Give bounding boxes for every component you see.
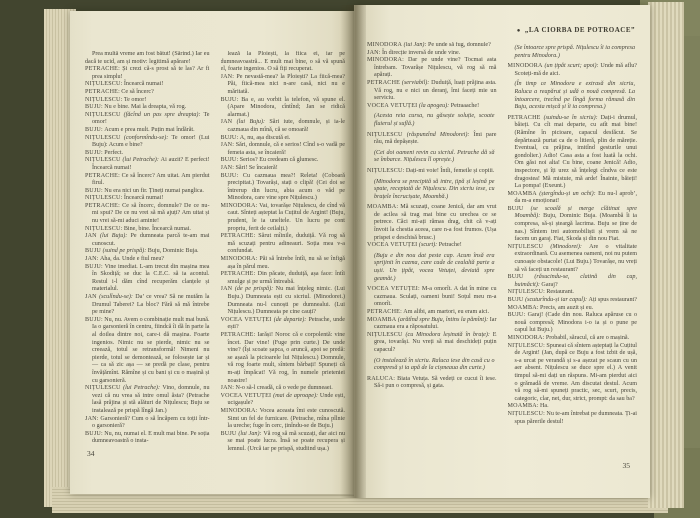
dialogue-line: NIȚULESCU (lui Petrache): Vino, domnule,… [85,385,210,415]
speaker-name: PETRACHE [367,80,400,86]
speaker-name: MOAMBA [367,204,396,210]
book-page-left: Prea multă vreme am fost bătut! (Sărind.… [70,11,354,494]
speaker-name: PETRACHE [508,115,541,121]
dialogue-line: NIȚULESCU: Te omor! [85,97,210,105]
dialogue-line: VOCEA VETUȚEI (de departe): Petrache, un… [221,317,346,332]
dialogue-line: BUJU (suind pe prispă): Buju, Dominic Bu… [85,248,210,256]
dialogue-line: JAN: Garsonieră? Cum o să încăpem cu toț… [85,416,210,431]
dialogue-line: JAN: Sări, domnule, că e serios! Cînd s-… [221,142,346,157]
dialogue-line: MINODORA: Probabil, săracul, că are o ma… [508,335,638,343]
dialogue-line: BUJU: Nu, nu, numai el. E mult mai bine.… [85,431,210,446]
speaker-name: MOAMBA [508,305,537,311]
dialogue-line: BUJU: Nu, nu. Avem o combinație mult mai… [85,317,210,385]
speaker-name: MOAMBA [367,317,396,323]
dialogue-line: JAN (sculîndu-se): Da’ ce vrea? Să ne mu… [85,294,210,317]
stage-direction: (Cei doi oameni revin cu sicriul. Petrac… [374,150,495,165]
inline-stage-direction: (răspunzînd Minodorei): [403,132,470,138]
stage-direction: (Acesta reia cursa, nu găsește soluție, … [374,113,495,128]
dialogue-line: BUJU: Cu cazmaua mea?! Releta! (Coboară … [221,173,346,203]
inline-stage-direction: (se scoală și merge clătinat spre Moambă… [515,206,638,220]
inline-stage-direction: (de departe): [272,317,307,323]
dialogue-line: NIȚULESCU: Nu te-am întrebat pe dumneata… [508,411,638,426]
dialogue-line: BUJU: Serios? Eu credeam că glumesc. [221,157,346,165]
dialogue-line: VOCEA VETUȚEI (la apogeu): Petraaache! [367,103,497,111]
inline-stage-direction: (Minodorei): [543,244,582,250]
inline-stage-direction: (scuturîndu-și iar capul): [524,297,587,303]
inline-stage-direction: (arătînd spre Buju, întins la pămînt): [396,317,488,323]
dialogue-line: BUJU (răsucindu-se, clatină din cap, bui… [508,274,638,289]
speaker-name: JAN [85,233,97,239]
speaker-name: NIȚULESCU [85,195,121,201]
speaker-name: NIȚULESCU [85,81,121,87]
dialogue-line: JAN (lui Buju): Sări iute, domnule, și i… [221,119,346,134]
speaker-name: PETRACHE [85,66,118,72]
page-stack-edge-right [648,2,684,508]
speaker-name: PETRACHE [367,309,400,315]
dialogue-line: RALUCA: Biata Vetuța. Să vedeți ce cucui… [367,376,497,391]
dialogue-line: MOAMBA (ștergîndu-și un ochi): Eu nu-l a… [508,191,638,206]
speaker-name: JAN [221,286,233,292]
dialogue-line: MINODORA: Vocea aceasta îmi este cunoscu… [221,408,346,431]
speaker-name: JAN [367,50,379,56]
inline-stage-direction: (făcînd un pas spre dreapta): [121,112,201,118]
speaker-name: PETRACHE [221,332,254,338]
left-page-text-block: Prea multă vreme am fost bătut! (Sărind.… [85,51,345,486]
header-bullet-icon: ● [517,28,521,34]
dialogue-line: NIȚULESCU: Restaurant. [508,289,638,297]
speaker-name: BUJU [221,173,237,179]
dialogue-line: PETRACHE: Ce să încerc? [85,89,210,97]
speaker-name: JAN [221,142,233,148]
dialogue-line: PETRACHE: Am alibi, am martori, eu eram … [367,309,497,317]
speaker-name: NIȚULESCU [367,168,403,174]
dialogue-line: NIȚULESCU (răspunzînd Minodorei): Îmi pa… [367,132,497,147]
dialogue-line: PETRACHE (serviabil): Duduiță, luați pră… [367,80,497,103]
dialogue-line: JAN: În direcție inversă de unde vine. [367,50,497,58]
dialogue-line: JAN (lui Buju): Pe dumneata parcă te-am … [85,233,210,248]
dialogue-line: VOCEA VETUȚEI (mai de aproape): Unde eșt… [221,393,346,408]
speaker-name: BUJU [85,431,101,437]
dialogue-line: JAN (de pe prispă): Nu mai înțeleg nimic… [221,286,346,316]
speaker-name: NIȚULESCU [85,135,121,141]
dialogue-line: BUJU: Nu e bine. Mai la dreapta, vă rog. [85,104,210,112]
book-page-right: ●„LA CIORBA DE POTROACE” MINODORA (lui J… [354,5,650,498]
dialogue-line: BUJU: Acum e prea mult. Puțin mai îndără… [85,127,210,135]
dialogue-line: PETRACHE: Și crezi că-s prost să te las?… [85,66,210,81]
speaker-name: MOAMBA [508,191,537,197]
dialogue-line: PETRACHE: Ce să încerc? Am uitat. Am pie… [85,173,210,188]
speaker-name: RALUCA [367,376,393,382]
right-page-column-1: MINODORA (lui Jan): Pe unde să fug, domn… [367,42,497,490]
dialogue-line: BUJU: Garaj! (Cade din nou. Raluca apăru… [508,312,638,335]
dialogue-line: BUJU (lui Jan): Vă rog să mă scuzați, da… [221,431,346,454]
dialogue-line: NIȚULESCU (conformîndu-se): Te omor! (Lu… [85,135,210,150]
stage-direction: (Buju e din nou dat peste cap. Acum însă… [374,253,495,283]
dialogue-line: MINODORA: Păi să întrebe întîi, nu să se… [221,256,346,271]
inline-stage-direction: (lui Petrache): [121,157,159,163]
speaker-name: PETRACHE [221,233,254,239]
dialogue-line: JAN: Pe nevastă-mea? la Ploiești? La fii… [221,74,346,97]
dialogue-line: JAN: Sări! Se încaieră! [221,165,346,173]
speaker-name: BUJU [85,317,101,323]
speaker-name: BUJU [508,274,524,280]
inline-stage-direction: (ștergîndu-și un ochi): [537,191,596,197]
dialogue-line: MINODORA (un țipăt scurt; apoi): Unde mă… [508,63,638,78]
page-number-left: 34 [87,449,95,458]
speaker-name: NIȚULESCU [508,343,544,349]
speaker-name: MINODORA [221,256,256,262]
inline-stage-direction: (conformîndu-se): [121,135,169,141]
speaker-name: MINODORA [508,63,543,69]
dialogue-line: VOCEA VETUȚEI (scurt): Petrache! [367,242,497,250]
speaker-name: VOCEA VETUȚEI [367,103,417,109]
speaker-name: BUJU [508,206,524,212]
dialogue-line: PETRACHE: Iarăși! Noroc că e corpolentă:… [221,332,346,385]
speaker-name: PETRACHE [85,89,118,95]
dialogue-line: BUJU: Vine imediat. L-am trecut din mași… [85,264,210,294]
speaker-name: NIȚULESCU [508,411,544,417]
speaker-name: NIȚULESCU [367,132,403,138]
dialogue-line: PETRACHE: Ce să încerc, domnule? De ce n… [85,203,210,226]
speaker-name: BUJU [221,431,237,437]
inline-stage-direction: (un țipăt scurt; apoi): [543,63,599,69]
speaker-name: VOCEA VETUȚEI [221,393,272,399]
inline-stage-direction: (răsucindu-se, clatină din cap, buimăcit… [515,274,638,288]
dialogue-line: NIȚULESCU (Minodorei): Are o vitalitate … [508,244,638,274]
inline-stage-direction: (lui Petrache): [121,385,160,391]
speaker-name: MINODORA [221,408,256,414]
stage-direction: (În timp ce Minodora e extrasă din sicri… [515,81,636,111]
speaker-name: BUJU [85,188,101,194]
speaker-name: NIȚULESCU [508,289,544,295]
dialogue-line: JAN: N-o să-l creadă, că o vede pe dumne… [221,385,346,393]
speaker-name: JAN [221,165,233,171]
left-page-column-2: lează la Ploiești, la fiica ei, iar pe d… [221,51,346,486]
speaker-name: MINODORA [367,57,402,63]
dialogue-line: NIȚULESCU (lui Petrache): Ai auzit? E pe… [85,157,210,172]
inline-stage-direction: (sculîndu-se): [97,294,133,300]
speaker-name: BUJU [85,150,101,156]
speaker-name: BUJU [85,248,101,254]
speaker-name: JAN [85,416,97,422]
dialogue-line: NIȚULESCU: Încearcă numai! [85,81,210,89]
speaker-name: NIȚULESCU [85,385,121,391]
dialogue-line: Prea multă vreme am fost bătut! (Sărind.… [85,51,210,66]
stage-direction: (Minodora se precipită să intre, țipă și… [374,179,495,202]
speaker-name: JAN [221,385,233,391]
page-number-right: 35 [623,461,631,470]
dialogue-line: MINODORA (lui Jan): Pe unde să fug, domn… [367,42,497,50]
dialogue-line: MOAMBA: Mă scuzați, coane Jenică, dar am… [367,204,497,242]
speaker-name: JAN [221,74,233,80]
speaker-name: PETRACHE [85,203,118,209]
speaker-name: NIȚULESCU [508,244,544,250]
inline-stage-direction: (cu Minodora leșinată în brațe): [403,332,490,338]
stage-direction: (O instalează în sicriu. Raluca iese din… [374,358,495,373]
speaker-name: MOAMBA [508,403,537,409]
running-header: ●„LA CIORBA DE POTROACE” [517,26,635,34]
speaker-name: JAN [85,294,97,300]
right-page-text-block: MINODORA (lui Jan): Pe unde să fug, domn… [367,42,637,490]
speaker-name: BUJU [221,97,237,103]
inline-stage-direction: (lui Jan): [237,431,262,437]
dialogue-line: NIȚULESCU: Încearcă numai! [85,195,210,203]
inline-stage-direction: (scurt): [417,242,437,248]
speaker-name: NIȚULESCU [85,226,121,232]
speaker-name: BUJU [85,264,101,270]
speaker-name: MINODORA [367,42,402,48]
open-book-photo: Prea multă vreme am fost bătut! (Sărind.… [0,0,700,518]
inline-stage-direction: (serviabil): [400,80,429,86]
speaker-name: MINODORA [508,335,543,341]
dialogue-line: PETRACHE: Din păcate, duduiță, așa face:… [221,271,346,286]
dialogue-line: NIȚULESCU: Spuneai că sîntem așteptați l… [508,343,638,404]
speaker-name: JAN [85,256,97,262]
speaker-name: VOCEA VETUȚEI [367,286,418,292]
running-header-title: „LA CIORBA DE POTROACE” [525,26,635,34]
speaker-name: BUJU [85,104,101,110]
left-page-column-1: Prea multă vreme am fost bătut! (Sărind.… [85,51,210,486]
dialogue-line: VOCEA VETUȚEI: M-a omorît. A dat în mine… [367,286,497,309]
dialogue-line: JAN: Aha, da. Unde e fiul meu? [85,256,210,264]
dialogue-line: PETRACHE: Sărut mîinile, duduiță. Vă rog… [221,233,346,256]
speaker-name: MINODORA [221,203,256,209]
speaker-name: VOCEA VETUȚEI [367,242,417,248]
dialogue-line: PETRACHE (suindu-se în sicriu): Dați-i d… [508,115,638,191]
speaker-name: NIȚULESCU [85,112,121,118]
dialogue-line: NIȚULESCU: Dați-mi voie! Întîi, femeile … [367,168,497,176]
speaker-name: VOCEA VETUȚEI [221,317,272,323]
dialogue-line: BUJU: A, nu, așa discută ei. [221,135,346,143]
stage-direction: (Se întoarce spre prispă. Nițulescu îi i… [515,45,636,60]
inline-stage-direction: (mai de aproape): [271,393,318,399]
speaker-name: BUJU [221,135,237,141]
speaker-name: JAN [221,119,233,125]
speaker-name: BUJU [508,312,524,318]
inline-stage-direction: (la apogeu): [417,103,449,109]
dialogue-line: MOAMBA (arătînd spre Buju, întins la păm… [367,317,497,332]
dialogue-line: MOAMBA: Ha. [508,403,638,411]
speaker-name: BUJU [221,157,237,163]
dialogue-line: NIȚULESCU (cu Minodora leșinată în brațe… [367,332,497,355]
speaker-name: PETRACHE [85,173,118,179]
inline-stage-direction: (suind pe prispă): [101,248,146,254]
dialogue-line: BUJU (se scoală și merge clătinat spre M… [508,206,638,244]
inline-stage-direction: (lui Buju): [232,119,265,125]
inline-stage-direction: (lui Buju): [97,233,128,239]
speaker-name: BUJU [85,127,101,133]
inline-stage-direction: (lui Jan): [402,42,426,48]
inline-stage-direction: (de pe prispă): [232,286,273,292]
dialogue-line: NIȚULESCU (făcînd un pas spre dreapta): … [85,112,210,127]
dialogue-line: MINODORA: Vai, tovarășe Nițulescu, de cî… [221,203,346,233]
speaker-name: NIȚULESCU [85,97,121,103]
inline-stage-direction: (suindu-se în sicriu): [541,115,598,121]
dialogue-line: BUJU: Ba e, au vorbit la telefon, vă spu… [221,97,346,120]
speaker-name: NIȚULESCU [367,332,403,338]
dialogue-line: lează la Ploiești, la fiica ei, iar pe d… [221,51,346,74]
speaker-name: BUJU [508,297,524,303]
speaker-name: PETRACHE [221,271,254,277]
dialogue-line: MINODORA: Dar pe unde vine? Tocmai asta … [367,57,497,80]
right-page-column-2: (Se întoarce spre prispă. Nițulescu îi i… [508,42,638,490]
speaker-name: NIȚULESCU [85,157,121,163]
dialogue-line: BUJU (scuturîndu-și iar capul): Ați spus… [508,297,638,305]
